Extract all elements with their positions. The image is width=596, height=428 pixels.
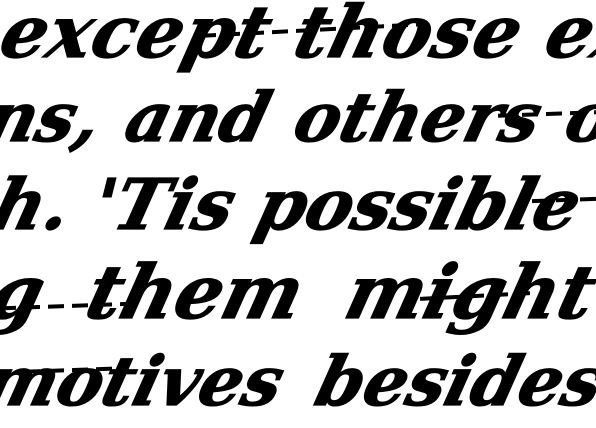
manuscript-page: except those exec ns, and others of the … <box>0 0 596 428</box>
manuscript-line-3: h. 'Tis possible tha <box>0 170 596 240</box>
manuscript-line-2: ns, and others of the <box>0 84 596 152</box>
manuscript-line-1: except those exec <box>0 0 596 68</box>
manuscript-line-5: motives besides Ro <box>0 348 596 416</box>
